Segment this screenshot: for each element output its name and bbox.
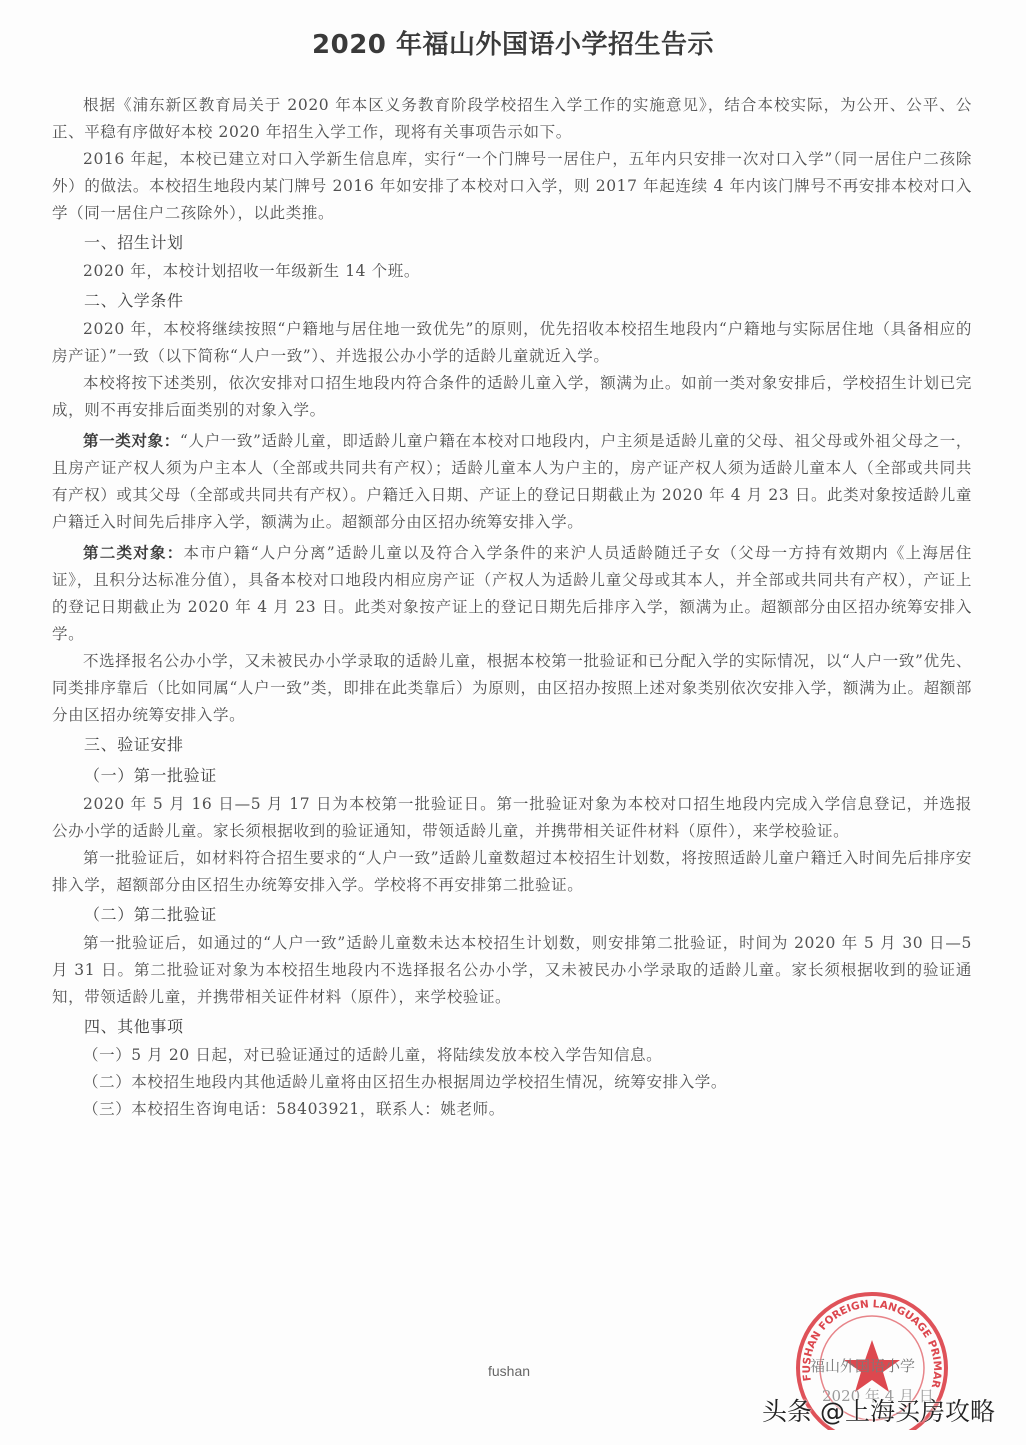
section-2-heading: 二、入学条件 <box>52 285 972 316</box>
section-3-heading: 三、验证安排 <box>52 729 972 760</box>
subsection-1-heading: （一）第一批验证 <box>52 760 972 791</box>
subsection-2-paragraph-1: 第一批验证后，如通过的“人户一致”适龄儿童数未达本校招生计划数，则安排第二批验证… <box>52 930 972 1011</box>
signature: 福山外国语小学 <box>810 1355 915 1376</box>
section-2-paragraph-3: 不选择报名公办小学，又未被民办小学录取的适龄儿童，根据本校第一批验证和已分配入学… <box>52 648 972 729</box>
category-2-label: 第二类对象： <box>83 544 184 562</box>
other-item-3: （三）本校招生咨询电话：58403921，联系人：姚老师。 <box>52 1096 972 1123</box>
section-1-text: 2020 年，本校计划招收一年级新生 14 个班。 <box>52 258 972 285</box>
intro-paragraph-1: 根据《浦东新区教育局关于 2020 年本区义务教育阶段学校招生入学工作的实施意见… <box>52 92 972 146</box>
category-2-paragraph: 第二类对象：本市户籍“人户分离”适龄儿童以及符合入学条件的来沪人员适龄随迁子女（… <box>52 540 972 648</box>
category-2-text: 本市户籍“人户分离”适龄儿童以及符合入学条件的来沪人员适龄随迁子女（父母一方持有… <box>52 544 972 643</box>
section-2-paragraph-1: 2020 年，本校将继续按照“户籍地与居住地一致优先”的原则，优先招收本校招生地… <box>52 316 972 370</box>
document-body: 根据《浦东新区教育局关于 2020 年本区义务教育阶段学校招生入学工作的实施意见… <box>52 92 972 1123</box>
category-1-text: “人户一致”适龄儿童，即适龄儿童户籍在本校对口地段内，户主须是适龄儿童的父母、祖… <box>52 432 972 531</box>
section-4-heading: 四、其他事项 <box>52 1011 972 1042</box>
category-1-paragraph: 第一类对象：“人户一致”适龄儿童，即适龄儿童户籍在本校对口地段内，户主须是适龄儿… <box>52 428 972 536</box>
watermark: 头条 @上海买房攻略 <box>762 1392 995 1428</box>
section-2-paragraph-2: 本校将按下述类别，依次安排对口招生地段内符合条件的适龄儿童入学，额满为止。如前一… <box>52 370 972 424</box>
document-title: 2020 年福山外国语小学招生告示 <box>0 24 1026 61</box>
section-1-heading: 一、招生计划 <box>52 227 972 258</box>
subsection-1-paragraph-1: 2020 年 5 月 16 日—5 月 17 日为本校第一批验证日。第一批验证对… <box>52 791 972 845</box>
document-page: 2020 年福山外国语小学招生告示 根据《浦东新区教育局关于 2020 年本区义… <box>0 0 1026 1445</box>
footer-mark: fushan <box>488 1363 530 1379</box>
subsection-1-paragraph-2: 第一批验证后，如材料符合招生要求的“人户一致”适龄儿童数超过本校招生计划数，将按… <box>52 845 972 899</box>
other-item-2: （二）本校招生地段内其他适龄儿童将由区招生办根据周边学校招生情况，统筹安排入学。 <box>52 1069 972 1096</box>
subsection-2-heading: （二）第二批验证 <box>52 899 972 930</box>
category-1-label: 第一类对象： <box>83 432 180 450</box>
other-item-1: （一）5 月 20 日起，对已验证通过的适龄儿童，将陆续发放本校入学告知信息。 <box>52 1042 972 1069</box>
intro-paragraph-2: 2016 年起，本校已建立对口入学新生信息库，实行“一个门牌号一居住户，五年内只… <box>52 146 972 227</box>
